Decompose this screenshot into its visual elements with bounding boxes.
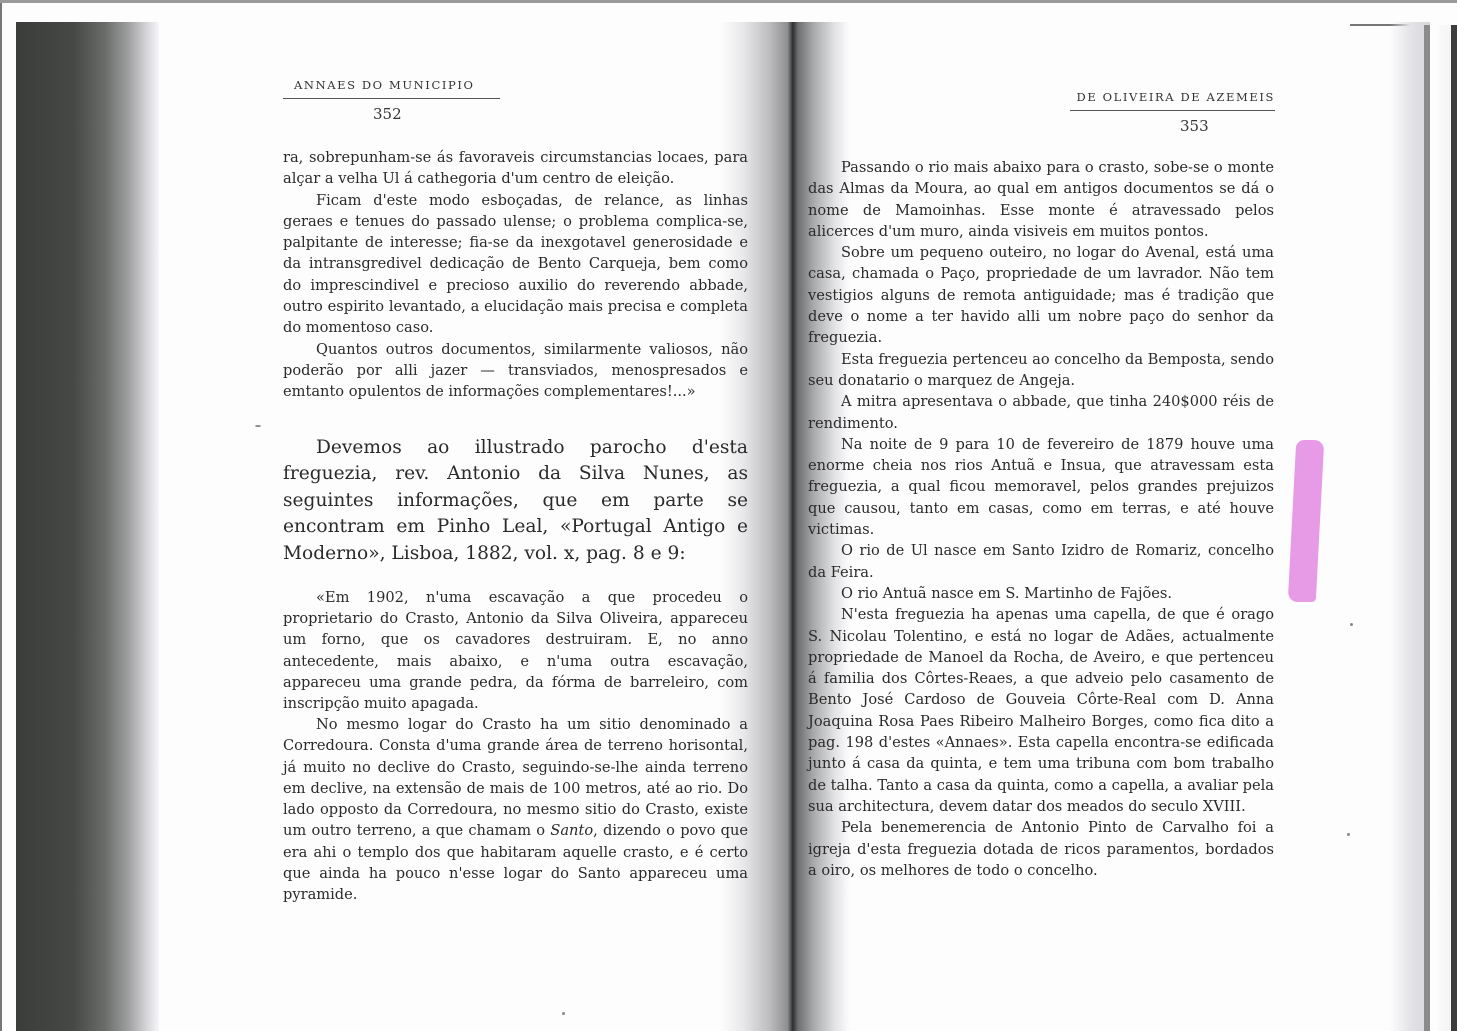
paragraph: N'esta freguezia ha apenas uma capella, … xyxy=(808,604,1274,817)
paragraph: Ficam d'este modo esboçadas, de relance,… xyxy=(283,190,748,339)
scan-speck xyxy=(562,1012,565,1015)
paragraph: Esta freguezia pertenceu ao concelho da … xyxy=(808,349,1274,392)
paragraph: Pela benemerencia de Antonio Pinto de Ca… xyxy=(808,817,1274,881)
scan-speck xyxy=(1347,833,1350,836)
scan-speck xyxy=(1350,623,1353,626)
quoted-text-block: «Em 1902, n'uma escavação a que procedeu… xyxy=(283,587,748,905)
paragraph: Sobre um pequeno outeiro, no logar do Av… xyxy=(808,242,1274,348)
scanner-top-edge xyxy=(0,0,1457,3)
quote-text: No mesmo logar do Crasto ha um sitio den… xyxy=(283,716,748,839)
paragraph: Na noite de 9 para 10 de fevereiro de 18… xyxy=(808,434,1274,540)
scanner-left-edge xyxy=(0,3,2,1031)
left-body-text: ra, sobrepunham-se ás favoraveis circums… xyxy=(283,147,748,403)
paragraph: O rio Antuã nasce em S. Martinho de Fajõ… xyxy=(808,583,1274,604)
paragraph: O rio de Ul nasce em Santo Izidro de Rom… xyxy=(808,540,1274,583)
italic-term: Santo xyxy=(550,822,593,839)
left-binding-shadow xyxy=(16,22,159,1031)
running-head-right: DE OLIVEIRA DE AZEMEIS xyxy=(1070,90,1275,111)
scan-speck xyxy=(588,557,590,559)
right-body-text: Passando o rio mais abaixo para o crasto… xyxy=(808,157,1274,881)
right-page-edge-line xyxy=(1424,25,1430,1031)
right-book-cover-edge xyxy=(1451,25,1457,1031)
scan-speck xyxy=(255,425,261,427)
left-large-paragraph-block: Devemos ao illustrado parocho d'esta fre… xyxy=(283,435,748,568)
running-head-left: ANNAES DO MUNICIPIO xyxy=(283,78,500,99)
paragraph: ra, sobrepunham-se ás favoraveis circums… xyxy=(283,147,748,190)
large-paragraph: Devemos ao illustrado parocho d'esta fre… xyxy=(283,435,748,568)
paragraph: Quantos outros documentos, similarmente … xyxy=(283,339,748,403)
page-number-right: 353 xyxy=(808,117,1274,135)
page-number-left: 352 xyxy=(283,105,748,123)
paragraph: A mitra apresentava o abbade, que tinha … xyxy=(808,391,1274,434)
paragraph: Passando o rio mais abaixo para o crasto… xyxy=(808,157,1274,242)
right-page: DE OLIVEIRA DE AZEMEIS 353 Passando o ri… xyxy=(808,90,1274,881)
quote-paragraph: «Em 1902, n'uma escavação a que procedeu… xyxy=(283,587,748,714)
left-page: ANNAES DO MUNICIPIO 352 ra, sobrepunham-… xyxy=(283,78,748,905)
quote-paragraph: No mesmo logar do Crasto ha um sitio den… xyxy=(283,714,748,905)
